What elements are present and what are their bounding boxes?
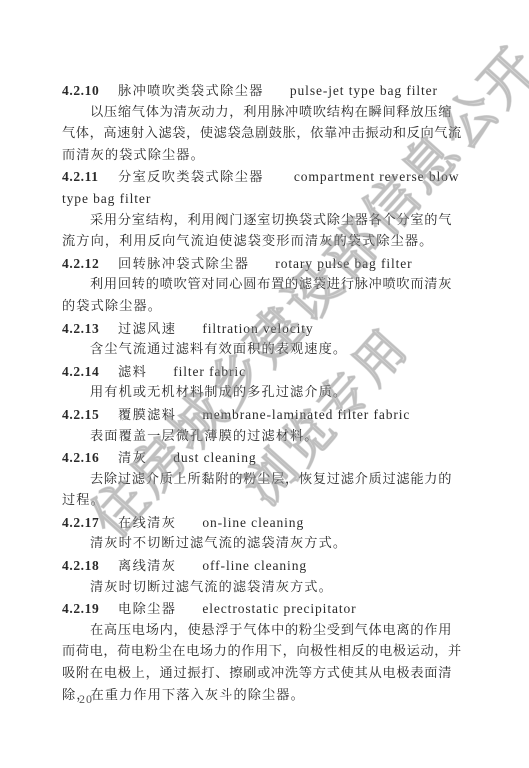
definition-line: 表面覆盖一层微孔薄膜的过滤材料。	[62, 426, 452, 448]
term-english-continued: type bag filter	[62, 188, 452, 210]
term-english-cont-text: type bag filter	[62, 191, 151, 206]
term-english: pulse-jet type bag filter	[290, 83, 438, 98]
definition-line: 清灰时不切断过滤气流的滤袋清灰方式。	[62, 533, 452, 555]
term-chinese: 覆膜滤料	[118, 405, 176, 427]
definition-line: 除，在重力作用下落入灰斗的除尘器。	[62, 685, 452, 707]
definition-line: 而荷电，荷电粉尘在电场力的作用下，向极性相反的电极运动，并	[62, 641, 452, 663]
term-number: 4.2.18	[62, 555, 118, 577]
term-number: 4.2.19	[62, 598, 118, 620]
term-heading: 4.2.16清灰dust cleaning	[62, 447, 452, 469]
definition-line: 采用分室结构，利用阀门逐室切换袋式除尘器各个分室的气	[62, 210, 452, 232]
term-english: filtration velocity	[202, 321, 313, 336]
term-english: electrostatic precipitator	[202, 601, 356, 616]
term-english: filter fabric	[173, 364, 246, 379]
term-chinese: 在线清灰	[118, 513, 176, 535]
term-english: dust cleaning	[173, 450, 256, 465]
definition-line: 用有机或无机材料制成的多孔过滤介质。	[62, 382, 452, 404]
term-heading: 4.2.17在线清灰on-line cleaning	[62, 512, 452, 534]
term-english: rotary pulse bag filter	[275, 256, 412, 271]
definition-line: 以压缩气体为清灰动力，利用脉冲喷吹结构在瞬间释放压缩	[62, 102, 452, 124]
term-chinese: 离线清灰	[118, 556, 176, 578]
document-page: 4.2.10脉冲喷吹类袋式除尘器pulse-jet type bag filte…	[62, 80, 452, 706]
definition-line: 过程。	[62, 490, 452, 512]
definition-line: 利用回转的喷吹管对同心圆布置的滤袋进行脉冲喷吹而清灰	[62, 274, 452, 296]
term-heading: 4.2.19电除尘器electrostatic precipitator	[62, 598, 452, 620]
definition-line: 气体，高速射入滤袋，使滤袋急剧鼓胀，依靠冲击振动和反向气流	[62, 123, 452, 145]
page-number: · 20 ·	[70, 692, 102, 707]
term-chinese: 清灰	[118, 448, 147, 470]
term-chinese: 滤料	[118, 362, 147, 384]
term-number: 4.2.14	[62, 361, 118, 383]
term-chinese: 过滤风速	[118, 319, 176, 341]
term-number: 4.2.10	[62, 80, 118, 102]
term-heading: 4.2.14滤料filter fabric	[62, 361, 452, 383]
term-english: off-line cleaning	[202, 558, 307, 573]
definition-line: 流方向，利用反向气流迫使滤袋变形而清灰的袋式除尘器。	[62, 231, 452, 253]
term-heading: 4.2.15覆膜滤料membrane-laminated filter fabr…	[62, 404, 452, 426]
term-number: 4.2.12	[62, 253, 118, 275]
definition-line: 吸附在电极上，通过振打、擦刷或冲洗等方式使其从电极表面清	[62, 663, 452, 685]
definition-line: 清灰时切断过滤气流的滤袋清灰方式。	[62, 577, 452, 599]
term-heading: 4.2.12回转脉冲袋式除尘器rotary pulse bag filter	[62, 253, 452, 275]
term-english: membrane-laminated filter fabric	[202, 407, 410, 422]
term-english: on-line cleaning	[202, 515, 304, 530]
term-chinese: 脉冲喷吹类袋式除尘器	[118, 81, 264, 103]
definition-line: 的袋式除尘器。	[62, 296, 452, 318]
definition-line: 而清灰的袋式除尘器。	[62, 145, 452, 167]
term-chinese: 分室反吹类袋式除尘器	[118, 167, 264, 189]
definition-line: 含尘气流通过滤料有效面积的表观速度。	[62, 339, 452, 361]
term-chinese: 回转脉冲袋式除尘器	[118, 254, 249, 276]
term-number: 4.2.15	[62, 404, 118, 426]
term-number: 4.2.11	[62, 166, 118, 188]
definition-line: 去除过滤介质上所黏附的粉尘层，恢复过滤介质过滤能力的	[62, 469, 452, 491]
term-heading: 4.2.13过滤风速filtration velocity	[62, 318, 452, 340]
term-number: 4.2.17	[62, 512, 118, 534]
term-chinese: 电除尘器	[118, 599, 176, 621]
term-number: 4.2.16	[62, 447, 118, 469]
term-heading: 4.2.10脉冲喷吹类袋式除尘器pulse-jet type bag filte…	[62, 80, 452, 102]
definition-line: 在高压电场内，使悬浮于气体中的粉尘受到气体电离的作用	[62, 620, 452, 642]
term-heading: 4.2.11分室反吹类袋式除尘器compartment reverse blow	[62, 166, 452, 188]
term-heading: 4.2.18离线清灰off-line cleaning	[62, 555, 452, 577]
term-english: compartment reverse blow	[294, 169, 460, 184]
term-number: 4.2.13	[62, 318, 118, 340]
